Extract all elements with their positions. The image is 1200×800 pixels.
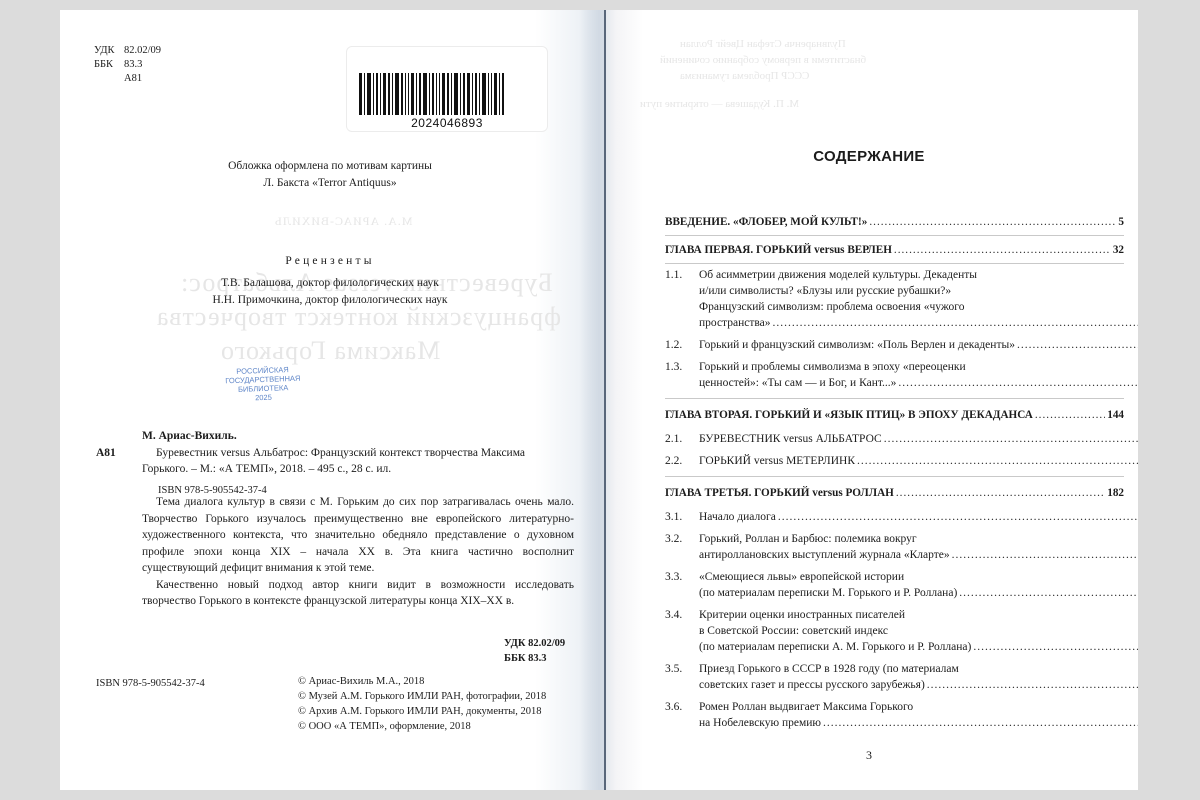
barcode-bar [383, 73, 386, 115]
barcode-bar [436, 73, 437, 115]
toc-page-number: 144 [1107, 407, 1124, 423]
author-mark-value: А81 [124, 72, 142, 86]
toc-section-body: Горький и французский символизм: «Поль В… [699, 337, 1138, 353]
barcode-bar [411, 73, 414, 115]
toc-section-text: советских газет и прессы русского зарубе… [699, 677, 925, 693]
barcode-bar [388, 73, 390, 115]
barcode-bar [373, 73, 374, 115]
toc-page-number: 182 [1107, 485, 1124, 501]
toc-section-text: Горький, Роллан и Барбюс: полемика вокру… [699, 531, 917, 547]
toc-chapter[interactable]: ГЛАВА ПЕРВАЯ. ГОРЬКИЙ versus ВЕРЛЕН32 [665, 236, 1124, 264]
bleed-through-text: М.А. АРИАС-ВИХИЛЬ [274, 214, 412, 229]
toc-section[interactable]: 1.1.Об асимметрии движения моделей культ… [665, 264, 1124, 334]
toc-section[interactable]: 1.2.Горький и французский символизм: «По… [665, 334, 1124, 356]
copyright-line: © Музей А.М. Горького ИМЛИ РАН, фотограф… [298, 689, 546, 704]
toc-section[interactable]: 3.2.Горький, Роллан и Барбюс: полемика в… [665, 528, 1124, 566]
abstract-paragraph: Тема диалога культур в связи с М. Горьки… [142, 494, 574, 577]
toc-section-line: Начало диалога182 [699, 509, 1138, 525]
udk-code: УДК 82.02/09 [504, 636, 568, 651]
contents-title: СОДЕРЖАНИЕ [600, 148, 1138, 165]
toc-section-body: ГОРЬКИЙ versus МЕТЕРЛИНК159 [699, 453, 1138, 469]
toc-section-text: «Смеющиеся львы» европейской истории [699, 569, 904, 585]
toc-section-text: Горький и проблемы символизма в эпоху «п… [699, 359, 966, 375]
toc-section-text: Приезд Горького в СССР в 1928 году (по м… [699, 661, 959, 677]
toc-section[interactable]: 3.1.Начало диалога182 [665, 506, 1124, 528]
toc-leader-dots [823, 715, 1138, 731]
bleed-through-text: Максима Горького [220, 336, 440, 366]
bleed-through-text: СССР Проблема гуманизма [680, 70, 809, 82]
toc-section-number: 3.2. [665, 531, 699, 563]
toc-page-number: 32 [1113, 242, 1124, 258]
isbn: ISBN 978-5-905542-37-4 [96, 678, 205, 689]
toc-section-line: (по материалам переписки А. М. Горького … [699, 639, 1138, 655]
barcode-bar [419, 73, 421, 115]
toc-section-number: 2.2. [665, 453, 699, 469]
barcode-bar [454, 73, 458, 115]
toc-section-body: Начало диалога182 [699, 509, 1138, 525]
barcode-bar [439, 73, 440, 115]
barcode-bar [429, 73, 430, 115]
toc-leader-dots [857, 453, 1138, 469]
barcode-bar [364, 73, 365, 115]
bibliographic-record: М. Ариас-Вихиль. А81 Буревестник versus … [96, 428, 566, 499]
barcode-bar [423, 73, 427, 115]
toc-section-text: Критерии оценки иностранных писателей [699, 607, 905, 623]
barcode-bar [494, 73, 497, 115]
book-abstract: Тема диалога культур в связи с М. Горьки… [142, 494, 574, 610]
barcode-bar [472, 73, 473, 115]
toc-section-line: пространства»32 [699, 315, 1138, 331]
toc-chapter-title: ГЛАВА ТРЕТЬЯ. ГОРЬКИЙ versus РОЛЛАН [665, 485, 894, 501]
toc-section-text: антироллановских выступлений журнала «Кл… [699, 547, 950, 563]
reviewers-heading: Рецензенты [60, 253, 600, 271]
toc-section-line: БУРЕВЕСТНИК versus АЛЬБАТРОС144 [699, 431, 1138, 447]
toc-section-body: Горький и проблемы символизма в эпоху «п… [699, 359, 1138, 391]
author-mark-label [94, 72, 124, 86]
reviewer-name: Н.Н. Примочкина, доктор филологических н… [60, 292, 600, 310]
toc-section[interactable]: 2.1.БУРЕВЕСТНИК versus АЛЬБАТРОС144 [665, 428, 1124, 450]
udk-value: 82.02/09 [124, 44, 161, 58]
toc-section-text: и/или символисты? «Блузы или русские руб… [699, 283, 951, 299]
record-reference: Буревестник versus Альбатрос: Французски… [96, 445, 566, 478]
bleed-through-text: бнаститеми в первому собранию сочинений [660, 54, 866, 66]
toc-chapter[interactable]: ГЛАВА ТРЕТЬЯ. ГОРЬКИЙ versus РОЛЛАН182 [665, 476, 1124, 506]
bbk-label: ББК [94, 58, 124, 72]
barcode-bar [359, 73, 362, 115]
toc-section-text: (по материалам переписки М. Горького и Р… [699, 585, 957, 601]
toc-section-line: ГОРЬКИЙ versus МЕТЕРЛИНК159 [699, 453, 1138, 469]
barcode-bar [380, 73, 381, 115]
cover-note-line: Обложка оформлена по мотивам картины [60, 158, 600, 175]
toc-section-number: 2.1. [665, 431, 699, 447]
barcode-bar [463, 73, 465, 115]
toc-chapter-title: ГЛАВА ВТОРАЯ. ГОРЬКИЙ И «ЯЗЫК ПТИЦ» В ЭП… [665, 407, 1033, 423]
toc-section-text: в Советской России: советский индекс [699, 623, 888, 639]
book-spine [604, 10, 606, 790]
toc-page-number: 5 [1118, 214, 1124, 230]
cover-note: Обложка оформлена по мотивам картины Л. … [60, 158, 600, 192]
barcode-bar [488, 73, 489, 115]
toc-leader-dots [869, 214, 1116, 230]
barcode-bar [451, 73, 452, 115]
toc-section-body: «Смеющиеся львы» европейской истории(по … [699, 569, 1138, 601]
toc-chapter-title: ГЛАВА ПЕРВАЯ. ГОРЬКИЙ versus ВЕРЛЕН [665, 242, 892, 258]
barcode-bar [482, 73, 486, 115]
barcode-bar [475, 73, 477, 115]
spine-shadow [580, 10, 604, 790]
record-author: М. Ариас-Вихиль. [96, 428, 566, 445]
toc-section-line: Горький и проблемы символизма в эпоху «п… [699, 359, 1138, 375]
toc-section-line: ценностей»: «Ты сам — и Бог, и Кант...»1… [699, 375, 1138, 391]
toc-section-line: (по материалам переписки М. Горького и Р… [699, 585, 1138, 601]
toc-section-text: Горький и французский символизм: «Поль В… [699, 337, 1015, 353]
bleed-through-text: М. П. Кудашева — открытие пути [640, 98, 799, 110]
toc-section[interactable]: 3.3.«Смеющиеся львы» европейской истории… [665, 566, 1124, 604]
library-barcode-sticker: 2024046893 [346, 46, 548, 132]
toc-section-body: БУРЕВЕСТНИК versus АЛЬБАТРОС144 [699, 431, 1138, 447]
toc-section-body: Ромен Роллан выдвигает Максима Горькогон… [699, 699, 1138, 731]
barcode-bar [479, 73, 480, 115]
toc-leader-dots [1035, 407, 1105, 423]
left-page-copyright: Буревестник versus Альбатрос: французски… [60, 10, 600, 790]
toc-section-line: Критерии оценки иностранных писателей [699, 607, 1138, 623]
toc-section-body: Об асимметрии движения моделей культуры.… [699, 267, 1138, 331]
toc-section[interactable]: 3.4.Критерии оценки иностранных писателе… [665, 604, 1124, 658]
toc-leader-dots [898, 375, 1138, 391]
toc-section-number: 3.3. [665, 569, 699, 601]
book-spread: Буревестник versus Альбатрос: французски… [60, 10, 1138, 790]
toc-section[interactable]: 3.6.Ромен Роллан выдвигает Максима Горьк… [665, 696, 1124, 734]
barcode-bar [442, 73, 445, 115]
toc-leader-dots [778, 509, 1138, 525]
toc-chapter[interactable]: ВВЕДЕНИЕ. «ФЛОБЕР, МОЙ КУЛЬТ!»5 [665, 208, 1124, 236]
toc-section-text: Ромен Роллан выдвигает Максима Горького [699, 699, 913, 715]
toc-leader-dots [1017, 337, 1138, 353]
toc-leader-dots [772, 315, 1138, 331]
toc-leader-dots [884, 431, 1138, 447]
toc-section-text: Начало диалога [699, 509, 776, 525]
toc-section-text: на Нобелевскую премию [699, 715, 821, 731]
toc-leader-dots [973, 639, 1138, 655]
catalog-codes: УДК82.02/09 ББК83.3 А81 [94, 44, 161, 86]
barcode-icon [359, 73, 535, 115]
toc-section-number: 1.2. [665, 337, 699, 353]
barcode-bar [408, 73, 409, 115]
toc-section-line: Приезд Горького в СССР в 1928 году (по м… [699, 661, 1138, 677]
copyright-notices: © Ариас-Вихиль М.А., 2018 © Музей А.М. Г… [298, 674, 546, 734]
udk-label: УДК [94, 44, 124, 58]
toc-section[interactable]: 2.2.ГОРЬКИЙ versus МЕТЕРЛИНК159 [665, 450, 1124, 472]
toc-section-line: на Нобелевскую премию272 [699, 715, 1138, 731]
bbk-code: ББК 83.3 [504, 651, 568, 666]
toc-section-line: советских газет и прессы русского зарубе… [699, 677, 1138, 693]
toc-section-text: Об асимметрии движения моделей культуры.… [699, 267, 977, 283]
bbk-value: 83.3 [124, 58, 142, 72]
cover-note-line: Л. Бакста «Terror Antiquus» [60, 175, 600, 192]
barcode-bar [401, 73, 403, 115]
barcode-number: 2024046893 [347, 116, 547, 130]
barcode-bar [502, 73, 504, 115]
toc-section-line: и/или символисты? «Блузы или русские руб… [699, 283, 1138, 299]
toc-section-text: пространства» [699, 315, 770, 331]
barcode-bar [499, 73, 500, 115]
toc-section-text: ценностей»: «Ты сам — и Бог, и Кант...» [699, 375, 896, 391]
toc-leader-dots [896, 485, 1105, 501]
reviewer-name: Т.В. Балашова, доктор филологических нау… [60, 275, 600, 293]
toc-section[interactable]: 1.3.Горький и проблемы символизма в эпох… [665, 356, 1124, 394]
copyright-line: © ООО «А ТЕМП», оформление, 2018 [298, 719, 546, 734]
barcode-bar [376, 73, 378, 115]
barcode-bar [395, 73, 399, 115]
barcode-bar [447, 73, 449, 115]
copyright-line: © Ариас-Вихиль М.А., 2018 [298, 674, 546, 689]
toc-section-line: в Советской России: советский индекс [699, 623, 1138, 639]
toc-leader-dots [959, 585, 1138, 601]
abstract-paragraph: Качественно новый подход автор книги вид… [142, 577, 574, 610]
copyright-line: © Архив А.М. Горького ИМЛИ РАН, документ… [298, 704, 546, 719]
toc-chapter[interactable]: ГЛАВА ВТОРАЯ. ГОРЬКИЙ И «ЯЗЫК ПТИЦ» В ЭП… [665, 398, 1124, 428]
toc-section-number: 3.4. [665, 607, 699, 655]
barcode-bar [416, 73, 417, 115]
record-call-mark: А81 [96, 445, 116, 462]
toc-section-body: Приезд Горького в СССР в 1928 году (по м… [699, 661, 1138, 693]
barcode-bar [467, 73, 470, 115]
barcode-bar [491, 73, 492, 115]
toc-section-text: БУРЕВЕСТНИК versus АЛЬБАТРОС [699, 431, 882, 447]
toc-leader-dots [927, 677, 1138, 693]
toc-section-line: антироллановских выступлений журнала «Кл… [699, 547, 1138, 563]
toc-section-line: Ромен Роллан выдвигает Максима Горького [699, 699, 1138, 715]
barcode-bar [392, 73, 393, 115]
barcode-bar [405, 73, 406, 115]
page-number: 3 [600, 748, 1138, 763]
toc-section-body: Критерии оценки иностранных писателейв С… [699, 607, 1138, 655]
toc-section-number: 3.1. [665, 509, 699, 525]
barcode-bar [367, 73, 371, 115]
barcode-bar [460, 73, 461, 115]
barcode-bar [432, 73, 434, 115]
bleed-through-text: Пулвнаренчь Стефан Цвейг Роллан [680, 38, 846, 50]
toc-section-line: Французский символизм: проблема освоения… [699, 299, 1138, 315]
toc-section-text: (по материалам переписки А. М. Горького … [699, 639, 971, 655]
toc-leader-dots [894, 242, 1111, 258]
toc-section-number: 1.1. [665, 267, 699, 331]
reviewers: Рецензенты Т.В. Балашова, доктор филолог… [60, 253, 600, 310]
table-of-contents: ВВЕДЕНИЕ. «ФЛОБЕР, МОЙ КУЛЬТ!»5ГЛАВА ПЕР… [665, 208, 1124, 734]
toc-section-line: Об асимметрии движения моделей культуры.… [699, 267, 1138, 283]
toc-section-number: 3.6. [665, 699, 699, 731]
toc-section-number: 1.3. [665, 359, 699, 391]
toc-leader-dots [952, 547, 1138, 563]
toc-section-line: Горький, Роллан и Барбюс: полемика вокру… [699, 531, 1138, 547]
toc-section-text: ГОРЬКИЙ versus МЕТЕРЛИНК [699, 453, 855, 469]
toc-section-body: Горький, Роллан и Барбюс: полемика вокру… [699, 531, 1138, 563]
classification-block: УДК 82.02/09 ББК 83.3 [504, 636, 568, 666]
toc-section-text: Французский символизм: проблема освоения… [699, 299, 964, 315]
toc-section-number: 3.5. [665, 661, 699, 693]
toc-chapter-title: ВВЕДЕНИЕ. «ФЛОБЕР, МОЙ КУЛЬТ!» [665, 214, 867, 230]
toc-section[interactable]: 3.5.Приезд Горького в СССР в 1928 году (… [665, 658, 1124, 696]
toc-section-line: Горький и французский символизм: «Поль В… [699, 337, 1138, 353]
library-stamp: РОССИЙСКАЯ ГОСУДАРСТВЕННАЯ БИБЛИОТЕКА 20… [207, 364, 318, 404]
toc-section-line: «Смеющиеся львы» европейской истории [699, 569, 1138, 585]
